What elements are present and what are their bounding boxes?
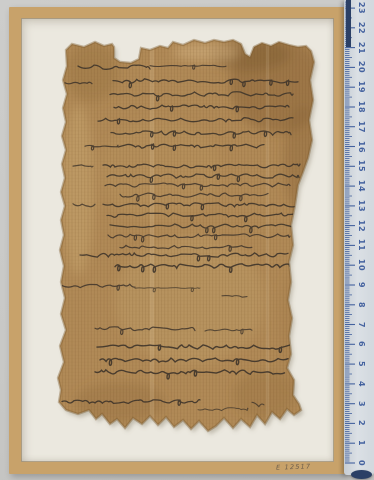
ruler-number: 9 [355, 277, 367, 293]
ruler-number: 17 [355, 119, 367, 135]
ruler-number: 8 [355, 297, 367, 313]
wooden-frame [9, 7, 346, 474]
ruler-number: 23 [355, 0, 367, 16]
ruler-number: 16 [355, 139, 367, 155]
ruler-number: 15 [355, 158, 367, 174]
ruler: 23222120191817161514131211109876543210 [344, 0, 374, 480]
ruler-number: 2 [355, 415, 367, 431]
ruler-number: 6 [355, 336, 367, 352]
ruler-number: 1 [355, 435, 367, 451]
ruler-number: 14 [355, 178, 367, 194]
ruler-number: 12 [355, 218, 367, 234]
ruler-number: 19 [355, 79, 367, 95]
ruler-end-strip [346, 0, 351, 47]
ruler-number: 21 [355, 40, 367, 56]
ruler-number: 0 [355, 455, 367, 471]
ruler-number: 13 [355, 198, 367, 214]
ruler-number: 5 [355, 356, 367, 372]
catalog-number: E 12517 [276, 462, 312, 471]
ruler-end-cap [351, 470, 372, 479]
ruler-number: 18 [355, 99, 367, 115]
photo-backdrop: 23222120191817161514131211109876543210 E… [0, 0, 374, 480]
ruler-number: 11 [355, 237, 367, 253]
ruler-number: 22 [355, 20, 367, 36]
ruler-number: 10 [355, 257, 367, 273]
ruler-number: 4 [355, 376, 367, 392]
ruler-number: 20 [355, 59, 367, 75]
ruler-number: 7 [355, 317, 367, 333]
ruler-number: 3 [355, 396, 367, 412]
mat-board [21, 18, 334, 462]
